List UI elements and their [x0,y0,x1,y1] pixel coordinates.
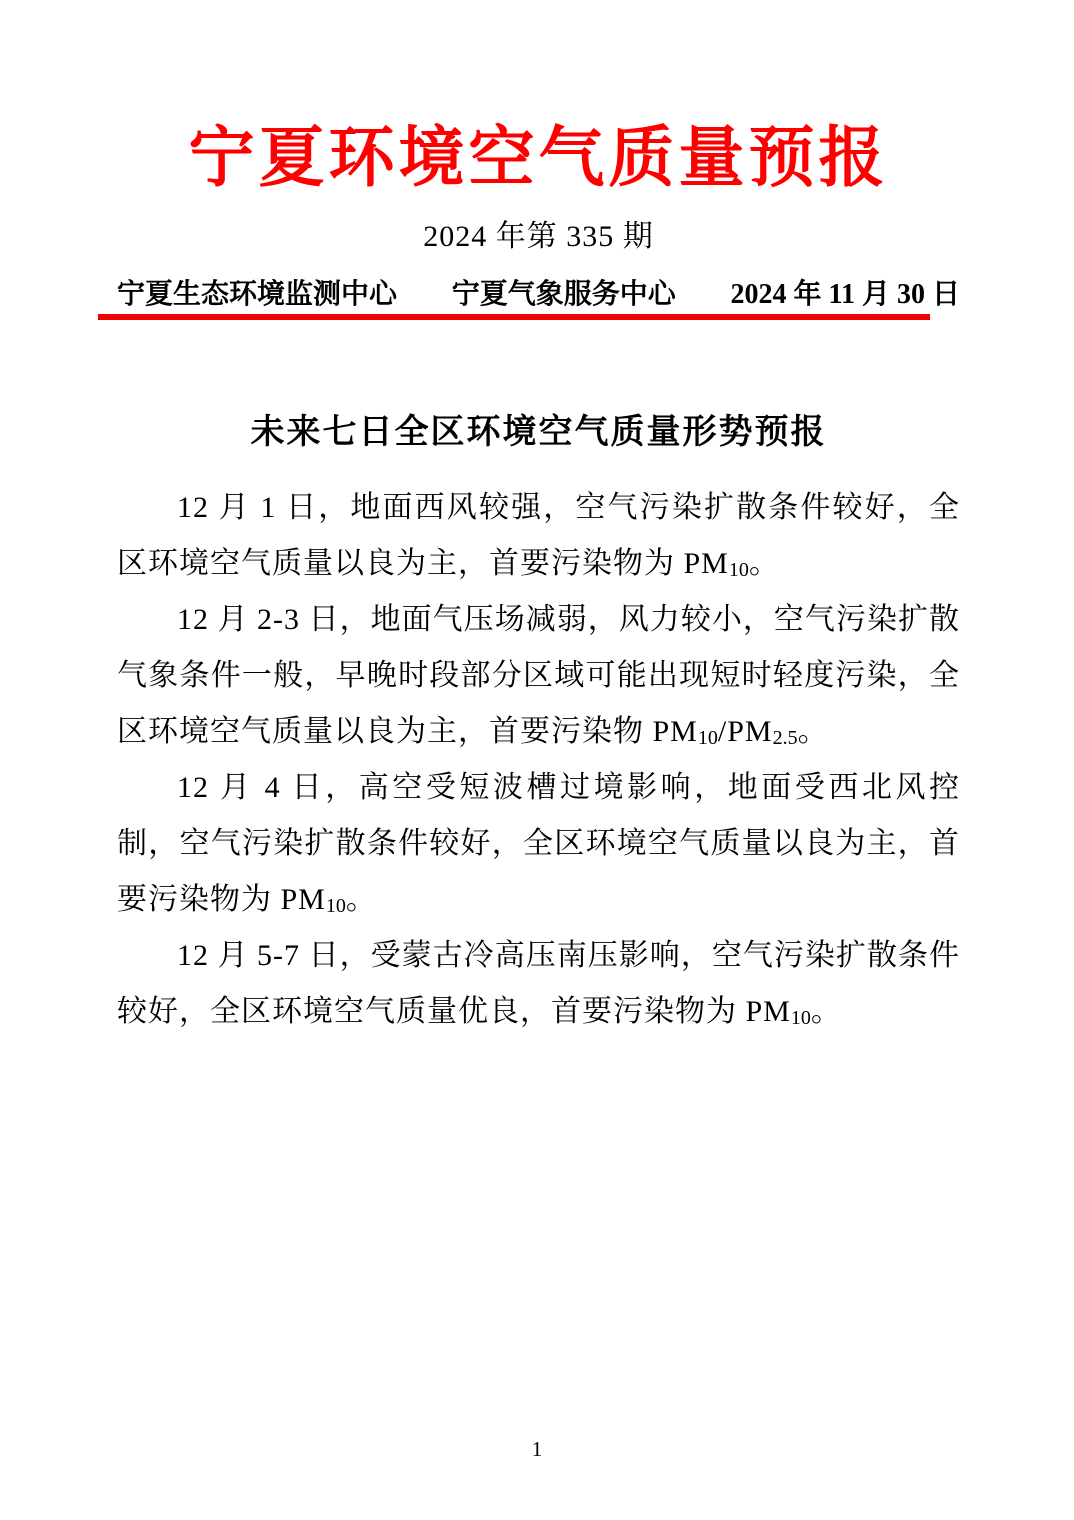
forecast-paragraphs: 12 月 1 日，地面西风较强，空气污染扩散条件较好，全区环境空气质量以良为主，… [117,480,960,1040]
issue-date: 2024 年 11 月 30 日 [731,278,960,312]
masthead-divider-rule [98,314,930,320]
document-page: 宁夏环境空气质量预报 2024 年第 335 期 宁夏生态环境监测中心 宁夏气象… [0,0,1074,1520]
issue-number: 2024 年第 335 期 [117,218,960,256]
org-monitoring-center: 宁夏生态环境监测中心 [117,278,397,312]
forecast-section-heading: 未来七日全区环境空气质量形势预报 [117,412,960,454]
document-title: 宁夏环境空气质量预报 [117,116,960,202]
org-weather-service-center: 宁夏气象服务中心 [452,278,676,312]
page-number: 1 [0,1436,1074,1462]
forecast-paragraph: 12 月 2-3 日，地面气压场减弱，风力较小，空气污染扩散气象条件一般，早晚时… [117,592,960,760]
forecast-paragraph: 12 月 1 日，地面西风较强，空气污染扩散条件较好，全区环境空气质量以良为主，… [117,480,960,592]
forecast-paragraph: 12 月 5-7 日，受蒙古冷高压南压影响，空气污染扩散条件较好，全区环境空气质… [117,928,960,1040]
masthead: 宁夏生态环境监测中心 宁夏气象服务中心 2024 年 11 月 30 日 [117,278,960,312]
forecast-paragraph: 12 月 4 日，高空受短波槽过境影响，地面受西北风控制，空气污染扩散条件较好，… [117,760,960,928]
